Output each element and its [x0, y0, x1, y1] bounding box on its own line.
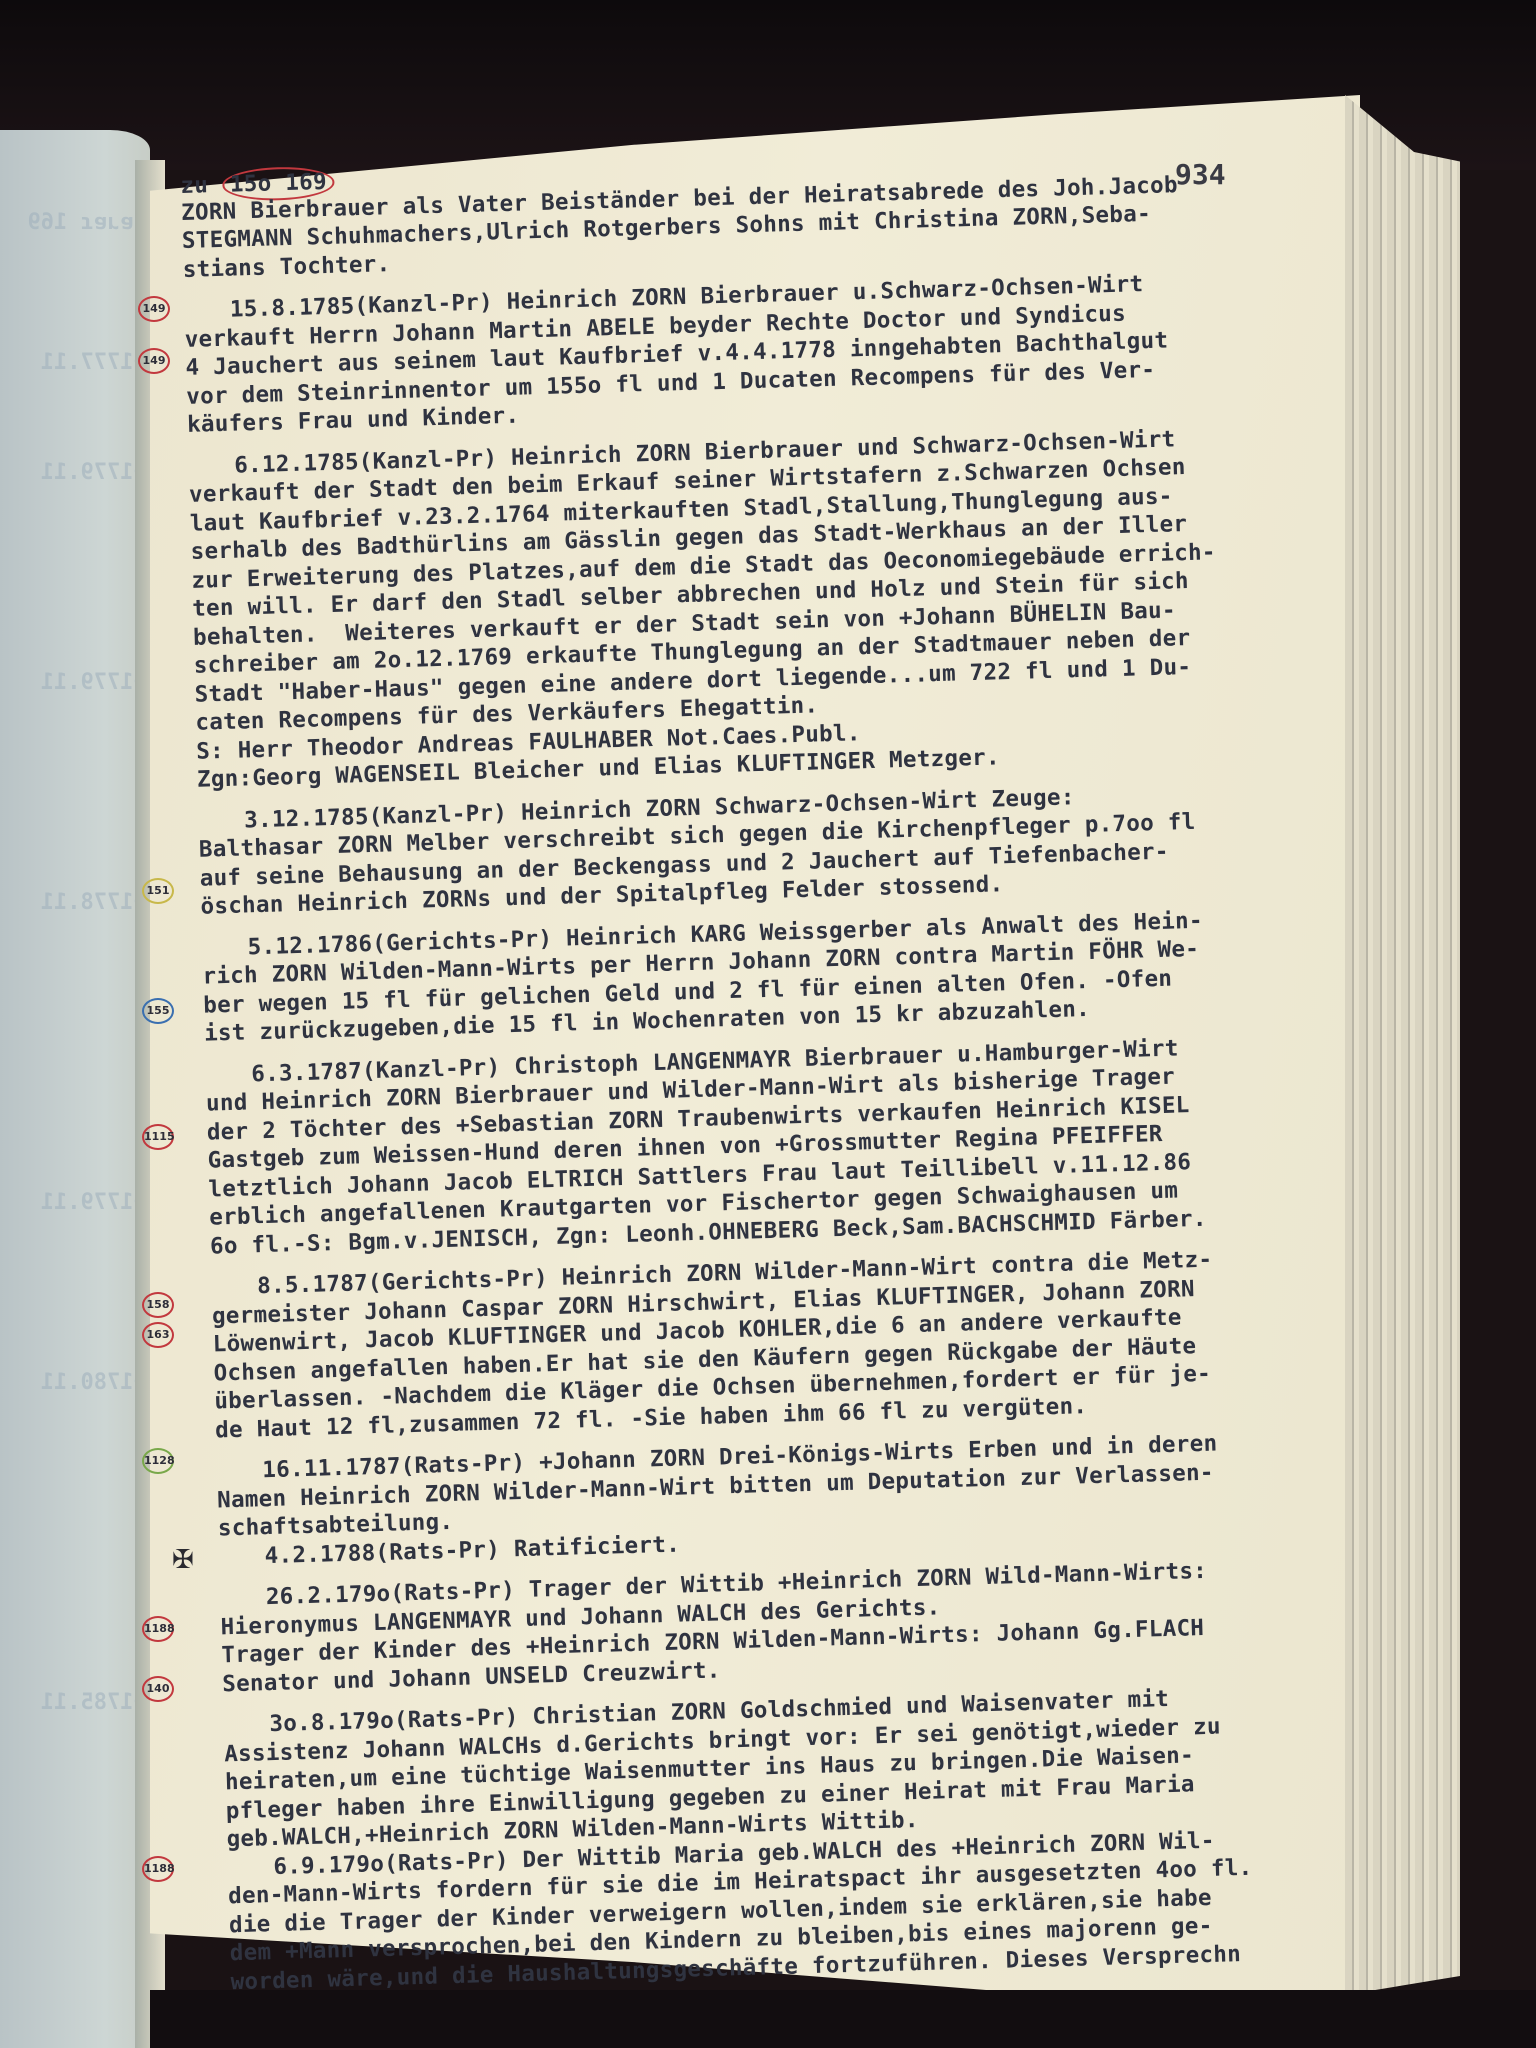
- margin-note: 140: [142, 1676, 174, 1702]
- margin-note: 163: [142, 1322, 174, 1348]
- bleed-through-text: (ɐ1779.11: [0, 460, 150, 485]
- desk-shadow: [150, 1990, 1536, 2048]
- cross-icon: ✠: [172, 1545, 194, 1575]
- margin-note: 1188: [142, 1856, 174, 1882]
- bleed-through-text: (ɐ1779.11: [0, 1190, 150, 1215]
- margin-note: 151: [142, 878, 174, 904]
- margin-note: 1128: [142, 1448, 174, 1474]
- left-page: ɐ ɐɹɐɾ 169 (ɐ1777.11 (ɐ1779.11 (ɐ1779.11…: [0, 130, 150, 2048]
- margin-note: 1115: [142, 1124, 174, 1150]
- margin-note: 155: [142, 998, 174, 1024]
- margin-note: 149: [138, 296, 170, 322]
- margin-note: 149: [138, 348, 170, 374]
- bleed-through-text: (ɐ1777.11: [0, 350, 150, 375]
- bleed-through-text: ɐ ɐɹɐɾ 169: [0, 210, 150, 235]
- bleed-through-text: (ɐ1778.11: [0, 890, 150, 915]
- margin-note: 1188: [142, 1616, 174, 1642]
- bleed-through-text: (ɐ1785.11: [0, 1690, 150, 1715]
- bleed-through-text: (ɐ1780.11: [0, 1370, 150, 1395]
- ref-prefix: zu: [180, 172, 222, 199]
- typewritten-text: zu 15o 169ZORN Bierbrauer als Vater Beis…: [180, 137, 1401, 1996]
- margin-note: 158: [142, 1292, 174, 1318]
- bleed-through-text: (ɐ1779.11: [0, 670, 150, 695]
